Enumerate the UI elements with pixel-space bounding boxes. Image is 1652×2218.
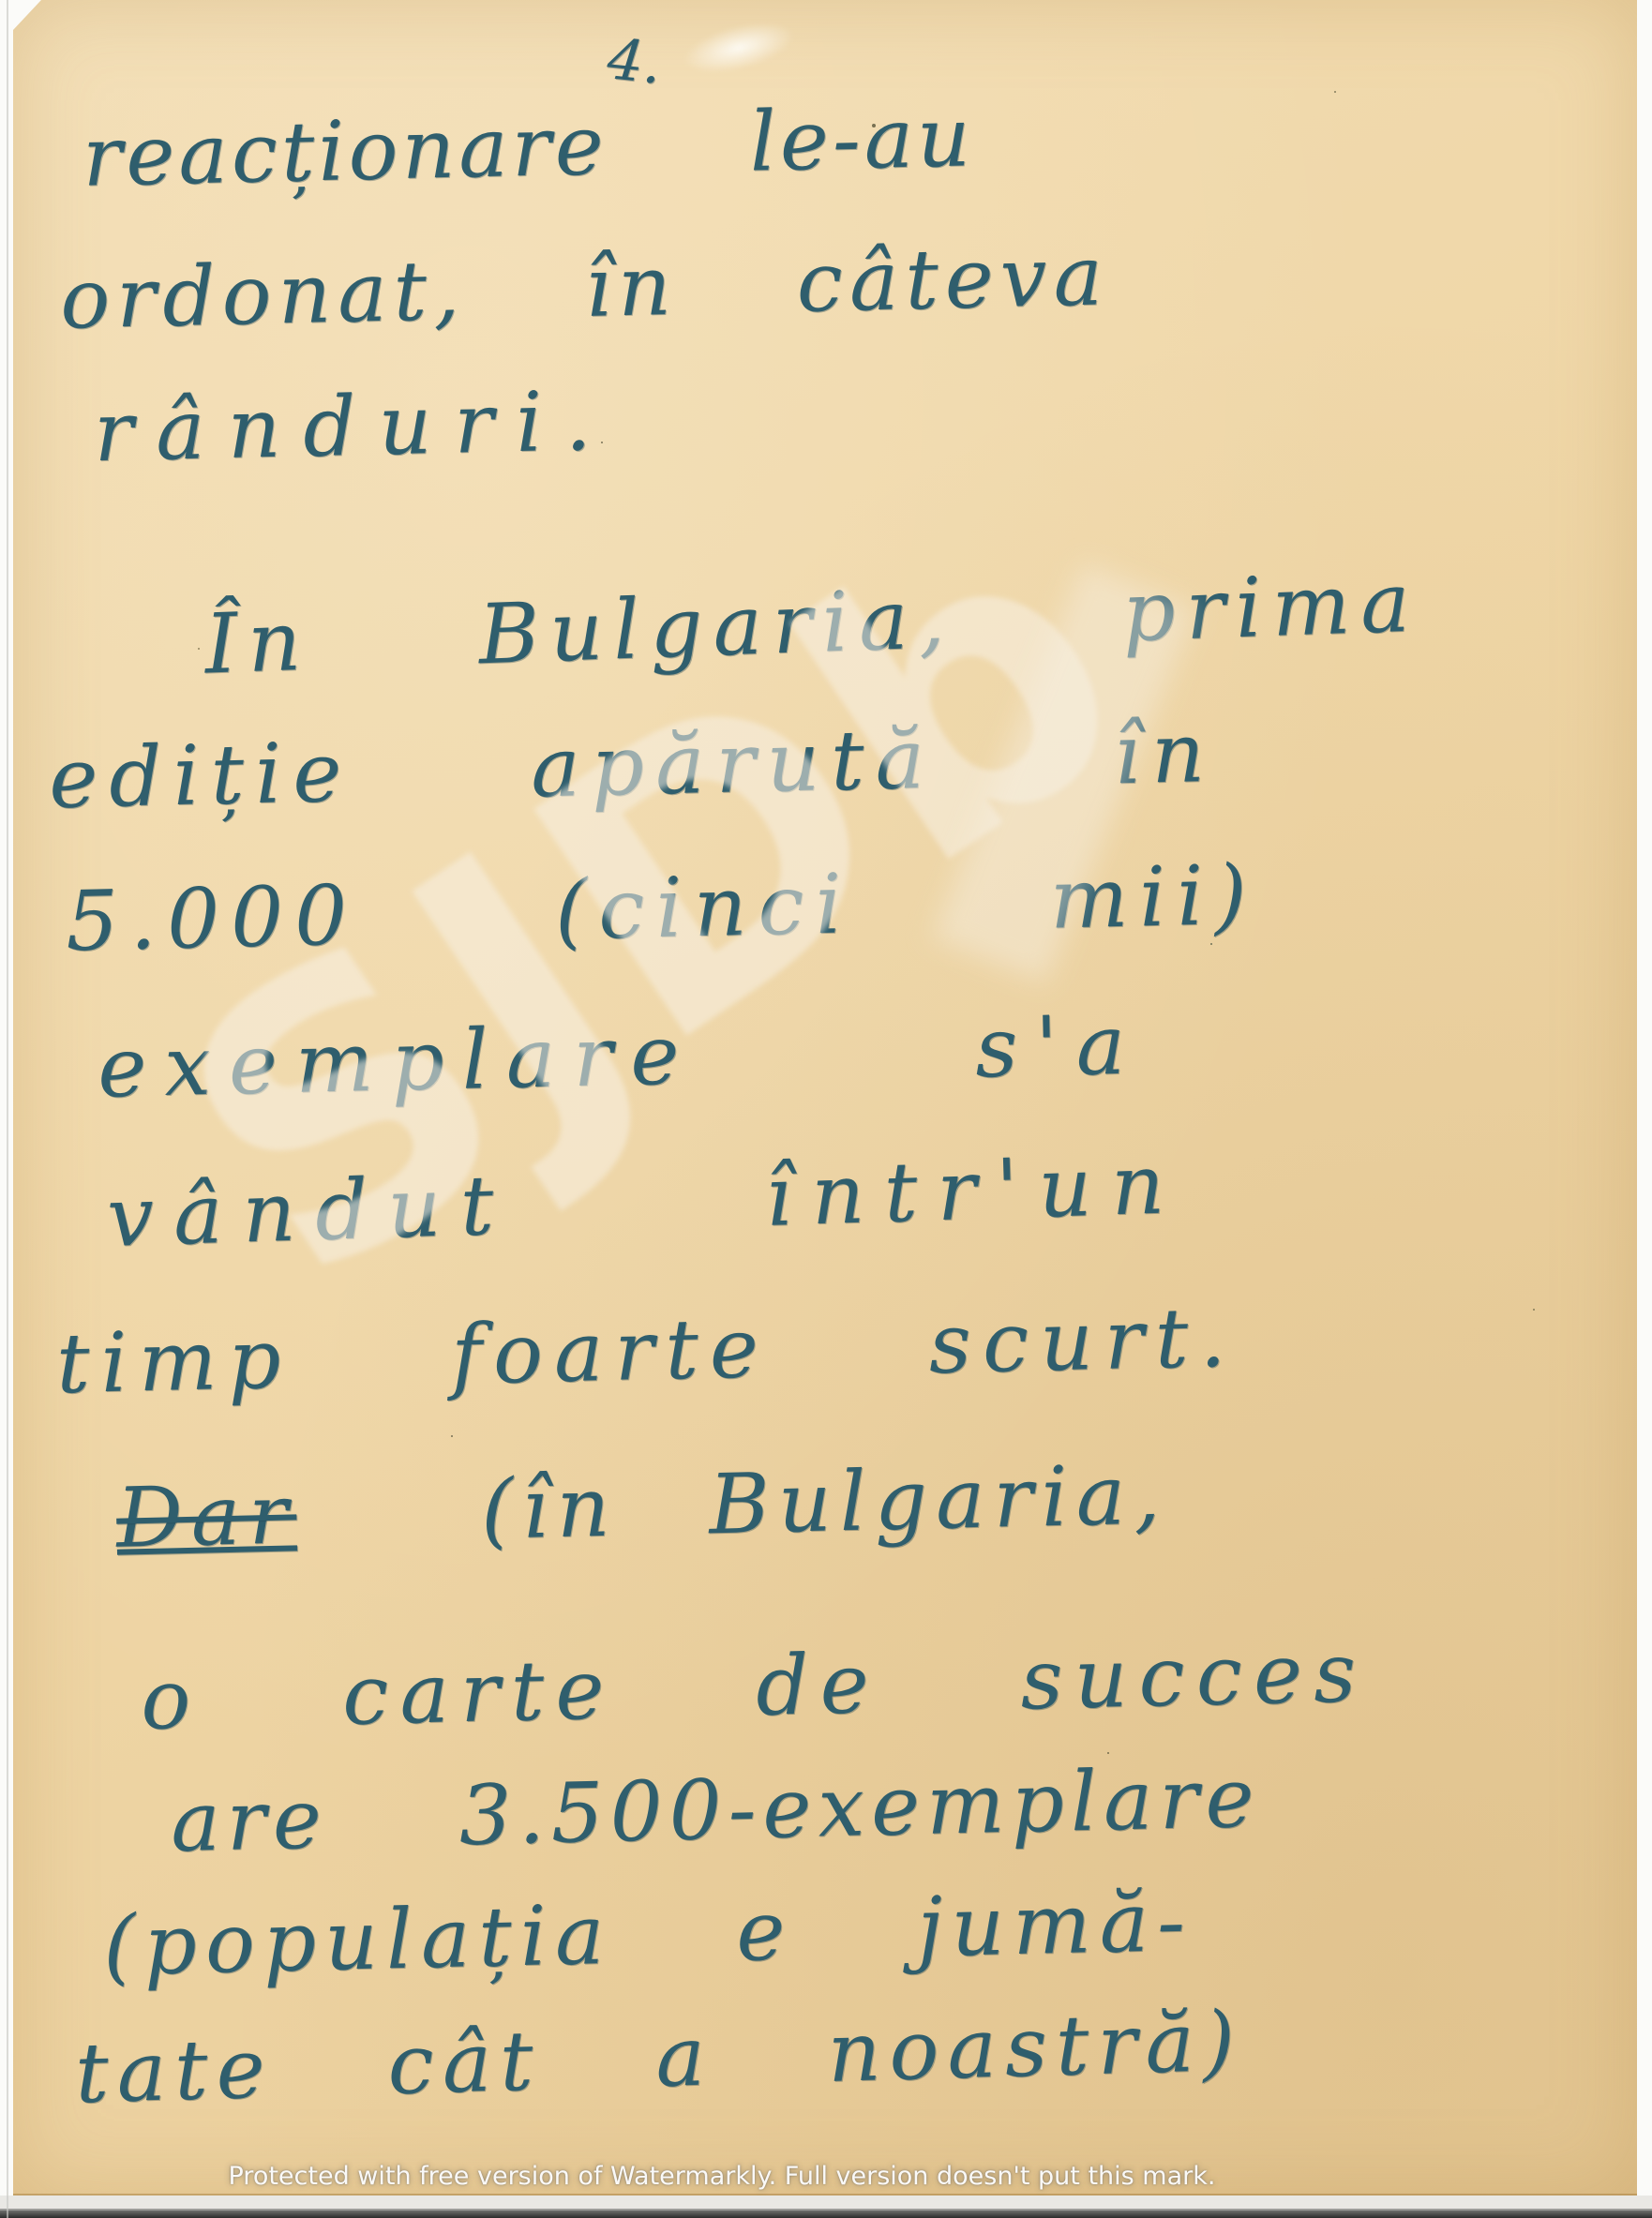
handwritten-line-2: ordonat, în câteva [59, 233, 1110, 341]
handwritten-line-11: o carte de succes [140, 1630, 1368, 1742]
scanned-letter-page: 4. reacționare le-au ordonat, în câteva … [0, 0, 1652, 2218]
handwritten-line-14: tate cât a noastră) [74, 2000, 1244, 2117]
handwritten-line-8: vândut într'un [106, 1142, 1185, 1260]
handwritten-line-12: are 3.500-exemplare [170, 1756, 1261, 1865]
handwritten-line-6: 5.000 (cinci mii) [65, 853, 1259, 965]
handwritten-line-3: rânduri. [93, 379, 614, 474]
handwritten-line-9: timp foarte scurt. [55, 1296, 1238, 1406]
handwritten-line-5: ediție apărută în [48, 711, 1216, 821]
page-number: 4. [605, 31, 664, 94]
handwritten-line-13: (populația e jumă- [102, 1880, 1194, 1988]
handwriting-layer: 4. reacționare le-au ordonat, în câteva … [0, 0, 1652, 2218]
handwritten-line-10: Dar (în Bulgaria, [115, 1452, 1169, 1560]
handwritten-line-1: reacționare le-au [82, 95, 975, 199]
scanner-left-line [7, 0, 8, 2218]
line-10-text: (în Bulgaria, [480, 1446, 1169, 1558]
scan-dark-edge [0, 2211, 1652, 2218]
struck-out-word: Dar [115, 1465, 297, 1566]
handwritten-line-7: exemplare s'a [97, 1002, 1144, 1110]
handwritten-line-4: În Bulgaria, prima [203, 560, 1421, 686]
